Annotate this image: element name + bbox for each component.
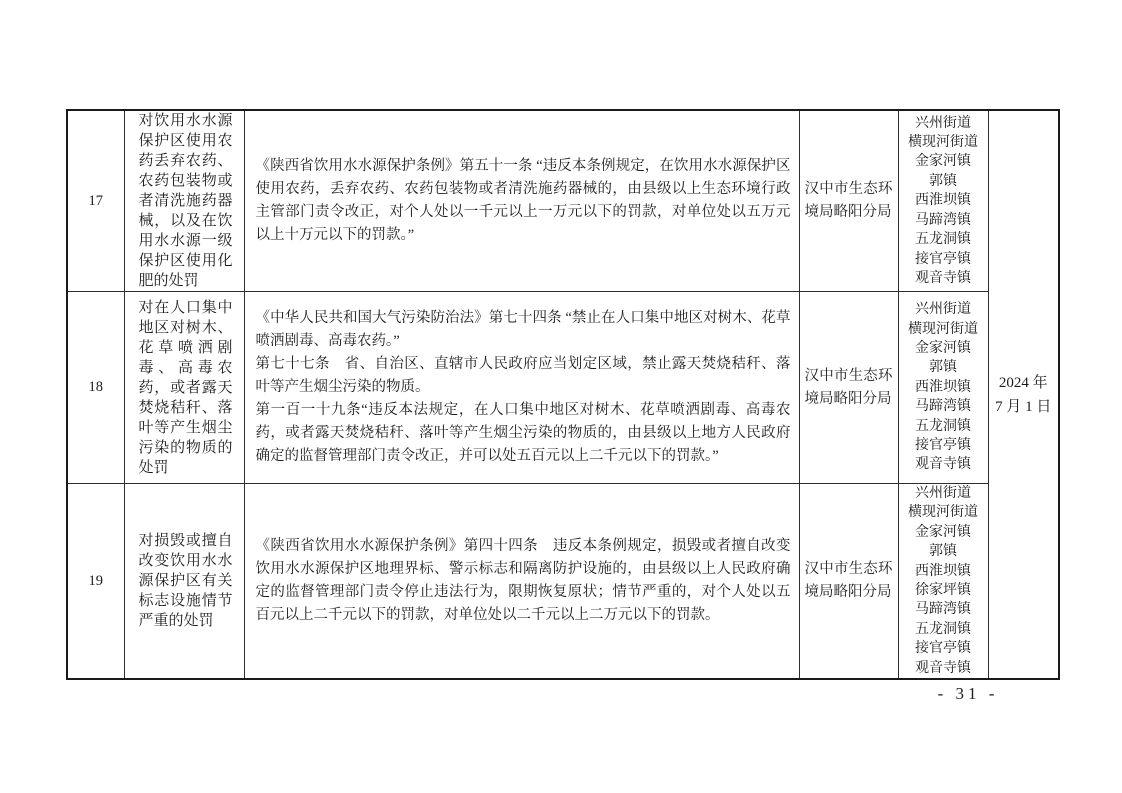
- town-name: 金家河镇: [899, 339, 988, 358]
- legal-basis-cell: 《陕西省饮用水水源保护条例》第四十四条 违反本条例规定，损毁或者擅自改变饮用水水…: [244, 484, 799, 680]
- penalty-item-cell: 对饮用水水源保护区使用农药丢弃农药、农药包装物或者清洗施药器械，以及在饮用水水源…: [124, 110, 244, 292]
- effective-date-cell: 2024 年 7 月 1 日: [988, 110, 1059, 679]
- town-name: 西淮坝镇: [899, 191, 988, 210]
- agency-cell: 汉中市生态环境局略阳分局: [799, 484, 898, 680]
- row-number: 19: [67, 484, 124, 680]
- town-name: 郭镇: [899, 542, 988, 561]
- table-row-18: 18 对在人口集中地区对树木、花草喷洒剧毒、高毒农药，或者露天焚烧秸秆、落叶等产…: [67, 292, 1059, 484]
- towns-cell: 兴州街道横现河街道金家河镇郭镇西淮坝镇马蹄湾镇五龙洞镇接官亭镇观音寺镇: [898, 292, 988, 484]
- town-name: 接官亭镇: [899, 639, 988, 658]
- legal-basis-paragraph: 《陕西省饮用水水源保护条例》第四十四条 违反本条例规定，损毁或者擅自改变饮用水水…: [256, 535, 791, 627]
- agency-name: 汉中市生态环境局略阳分局: [800, 558, 898, 604]
- town-name: 横现河街道: [899, 320, 988, 339]
- town-name: 横现河街道: [899, 503, 988, 522]
- effective-date-line1: 2024 年: [989, 371, 1059, 395]
- town-name: 接官亭镇: [899, 250, 988, 269]
- penalty-item-text: 对饮用水水源保护区使用农药丢弃农药、农药包装物或者清洗施药器械，以及在饮用水水源…: [125, 111, 244, 291]
- town-name: 马蹄湾镇: [899, 600, 988, 619]
- legal-basis-paragraph: 第七十七条 省、自治区、直辖市人民政府应当划定区域，禁止露天焚烧秸秆、落叶等产生…: [256, 353, 791, 399]
- agency-name: 汉中市生态环境局略阳分局: [800, 365, 898, 411]
- legal-basis-paragraph: 《中华人民共和国大气污染防治法》第七十四条 “禁止在人口集中地区对树木、花草喷洒…: [256, 307, 791, 353]
- town-name: 马蹄湾镇: [899, 211, 988, 230]
- document-page: 17 对饮用水水源保护区使用农药丢弃农药、农药包装物或者清洗施药器械，以及在饮用…: [0, 0, 1122, 793]
- town-name: 马蹄湾镇: [899, 397, 988, 416]
- town-name: 兴州街道: [899, 484, 988, 503]
- town-name: 接官亭镇: [899, 436, 988, 455]
- table-row-17: 17 对饮用水水源保护区使用农药丢弃农药、农药包装物或者清洗施药器械，以及在饮用…: [67, 110, 1059, 292]
- penalty-table: 17 对饮用水水源保护区使用农药丢弃农药、农药包装物或者清洗施药器械，以及在饮用…: [66, 109, 1060, 680]
- legal-basis-cell: 《陕西省饮用水水源保护条例》第五十一条 “违反本条例规定，在饮用水水源保护区使用…: [244, 110, 799, 292]
- town-name: 郭镇: [899, 172, 988, 191]
- towns-list: 兴州街道横现河街道金家河镇郭镇西淮坝镇马蹄湾镇五龙洞镇接官亭镇观音寺镇: [899, 114, 988, 289]
- towns-list: 兴州街道横现河街道金家河镇郭镇西淮坝镇马蹄湾镇五龙洞镇接官亭镇观音寺镇: [899, 300, 988, 475]
- legal-basis-text: 《陕西省饮用水水源保护条例》第四十四条 违反本条例规定，损毁或者擅自改变饮用水水…: [245, 531, 799, 631]
- penalty-item-cell: 对在人口集中地区对树木、花草喷洒剧毒、高毒农药，或者露天焚烧秸秆、落叶等产生烟尘…: [124, 292, 244, 484]
- penalty-item-text: 对损毁或擅自改变饮用水水源保护区有关标志设施情节严重的处罚: [125, 531, 244, 631]
- agency-cell: 汉中市生态环境局略阳分局: [799, 110, 898, 292]
- legal-basis-text: 《中华人民共和国大气污染防治法》第七十四条 “禁止在人口集中地区对树木、花草喷洒…: [245, 303, 799, 472]
- effective-date-line2: 7 月 1 日: [989, 395, 1059, 419]
- legal-basis-paragraph: 第一百一十九条“违反本法规定，在人口集中地区对树木、花草喷洒剧毒、高毒农药，或者…: [256, 399, 791, 468]
- legal-basis-text: 《陕西省饮用水水源保护条例》第五十一条 “违反本条例规定，在饮用水水源保护区使用…: [245, 151, 799, 251]
- town-name: 西淮坝镇: [899, 378, 988, 397]
- row-number: 18: [67, 292, 124, 484]
- town-name: 观音寺镇: [899, 269, 988, 288]
- town-name: 金家河镇: [899, 152, 988, 171]
- town-name: 金家河镇: [899, 523, 988, 542]
- town-name: 五龙洞镇: [899, 620, 988, 639]
- penalty-item-text: 对在人口集中地区对树木、花草喷洒剧毒、高毒农药，或者露天焚烧秸秆、落叶等产生烟尘…: [125, 298, 244, 478]
- agency-cell: 汉中市生态环境局略阳分局: [799, 292, 898, 484]
- penalty-item-cell: 对损毁或擅自改变饮用水水源保护区有关标志设施情节严重的处罚: [124, 484, 244, 680]
- town-name: 观音寺镇: [899, 659, 988, 678]
- table-row-19: 19 对损毁或擅自改变饮用水水源保护区有关标志设施情节严重的处罚 《陕西省饮用水…: [67, 484, 1059, 680]
- page-number: - 31 -: [928, 684, 1008, 704]
- town-name: 徐家坪镇: [899, 581, 988, 600]
- towns-list: 兴州街道横现河街道金家河镇郭镇西淮坝镇徐家坪镇马蹄湾镇五龙洞镇接官亭镇观音寺镇: [899, 484, 988, 678]
- town-name: 横现河街道: [899, 133, 988, 152]
- agency-name: 汉中市生态环境局略阳分局: [800, 178, 898, 224]
- town-name: 兴州街道: [899, 300, 988, 319]
- towns-cell: 兴州街道横现河街道金家河镇郭镇西淮坝镇马蹄湾镇五龙洞镇接官亭镇观音寺镇: [898, 110, 988, 292]
- town-name: 观音寺镇: [899, 455, 988, 474]
- town-name: 兴州街道: [899, 114, 988, 133]
- legal-basis-paragraph: 《陕西省饮用水水源保护条例》第五十一条 “违反本条例规定，在饮用水水源保护区使用…: [256, 155, 791, 247]
- town-name: 西淮坝镇: [899, 562, 988, 581]
- towns-cell: 兴州街道横现河街道金家河镇郭镇西淮坝镇徐家坪镇马蹄湾镇五龙洞镇接官亭镇观音寺镇: [898, 484, 988, 680]
- legal-basis-cell: 《中华人民共和国大气污染防治法》第七十四条 “禁止在人口集中地区对树木、花草喷洒…: [244, 292, 799, 484]
- row-number: 17: [67, 110, 124, 292]
- town-name: 郭镇: [899, 358, 988, 377]
- town-name: 五龙洞镇: [899, 230, 988, 249]
- town-name: 五龙洞镇: [899, 417, 988, 436]
